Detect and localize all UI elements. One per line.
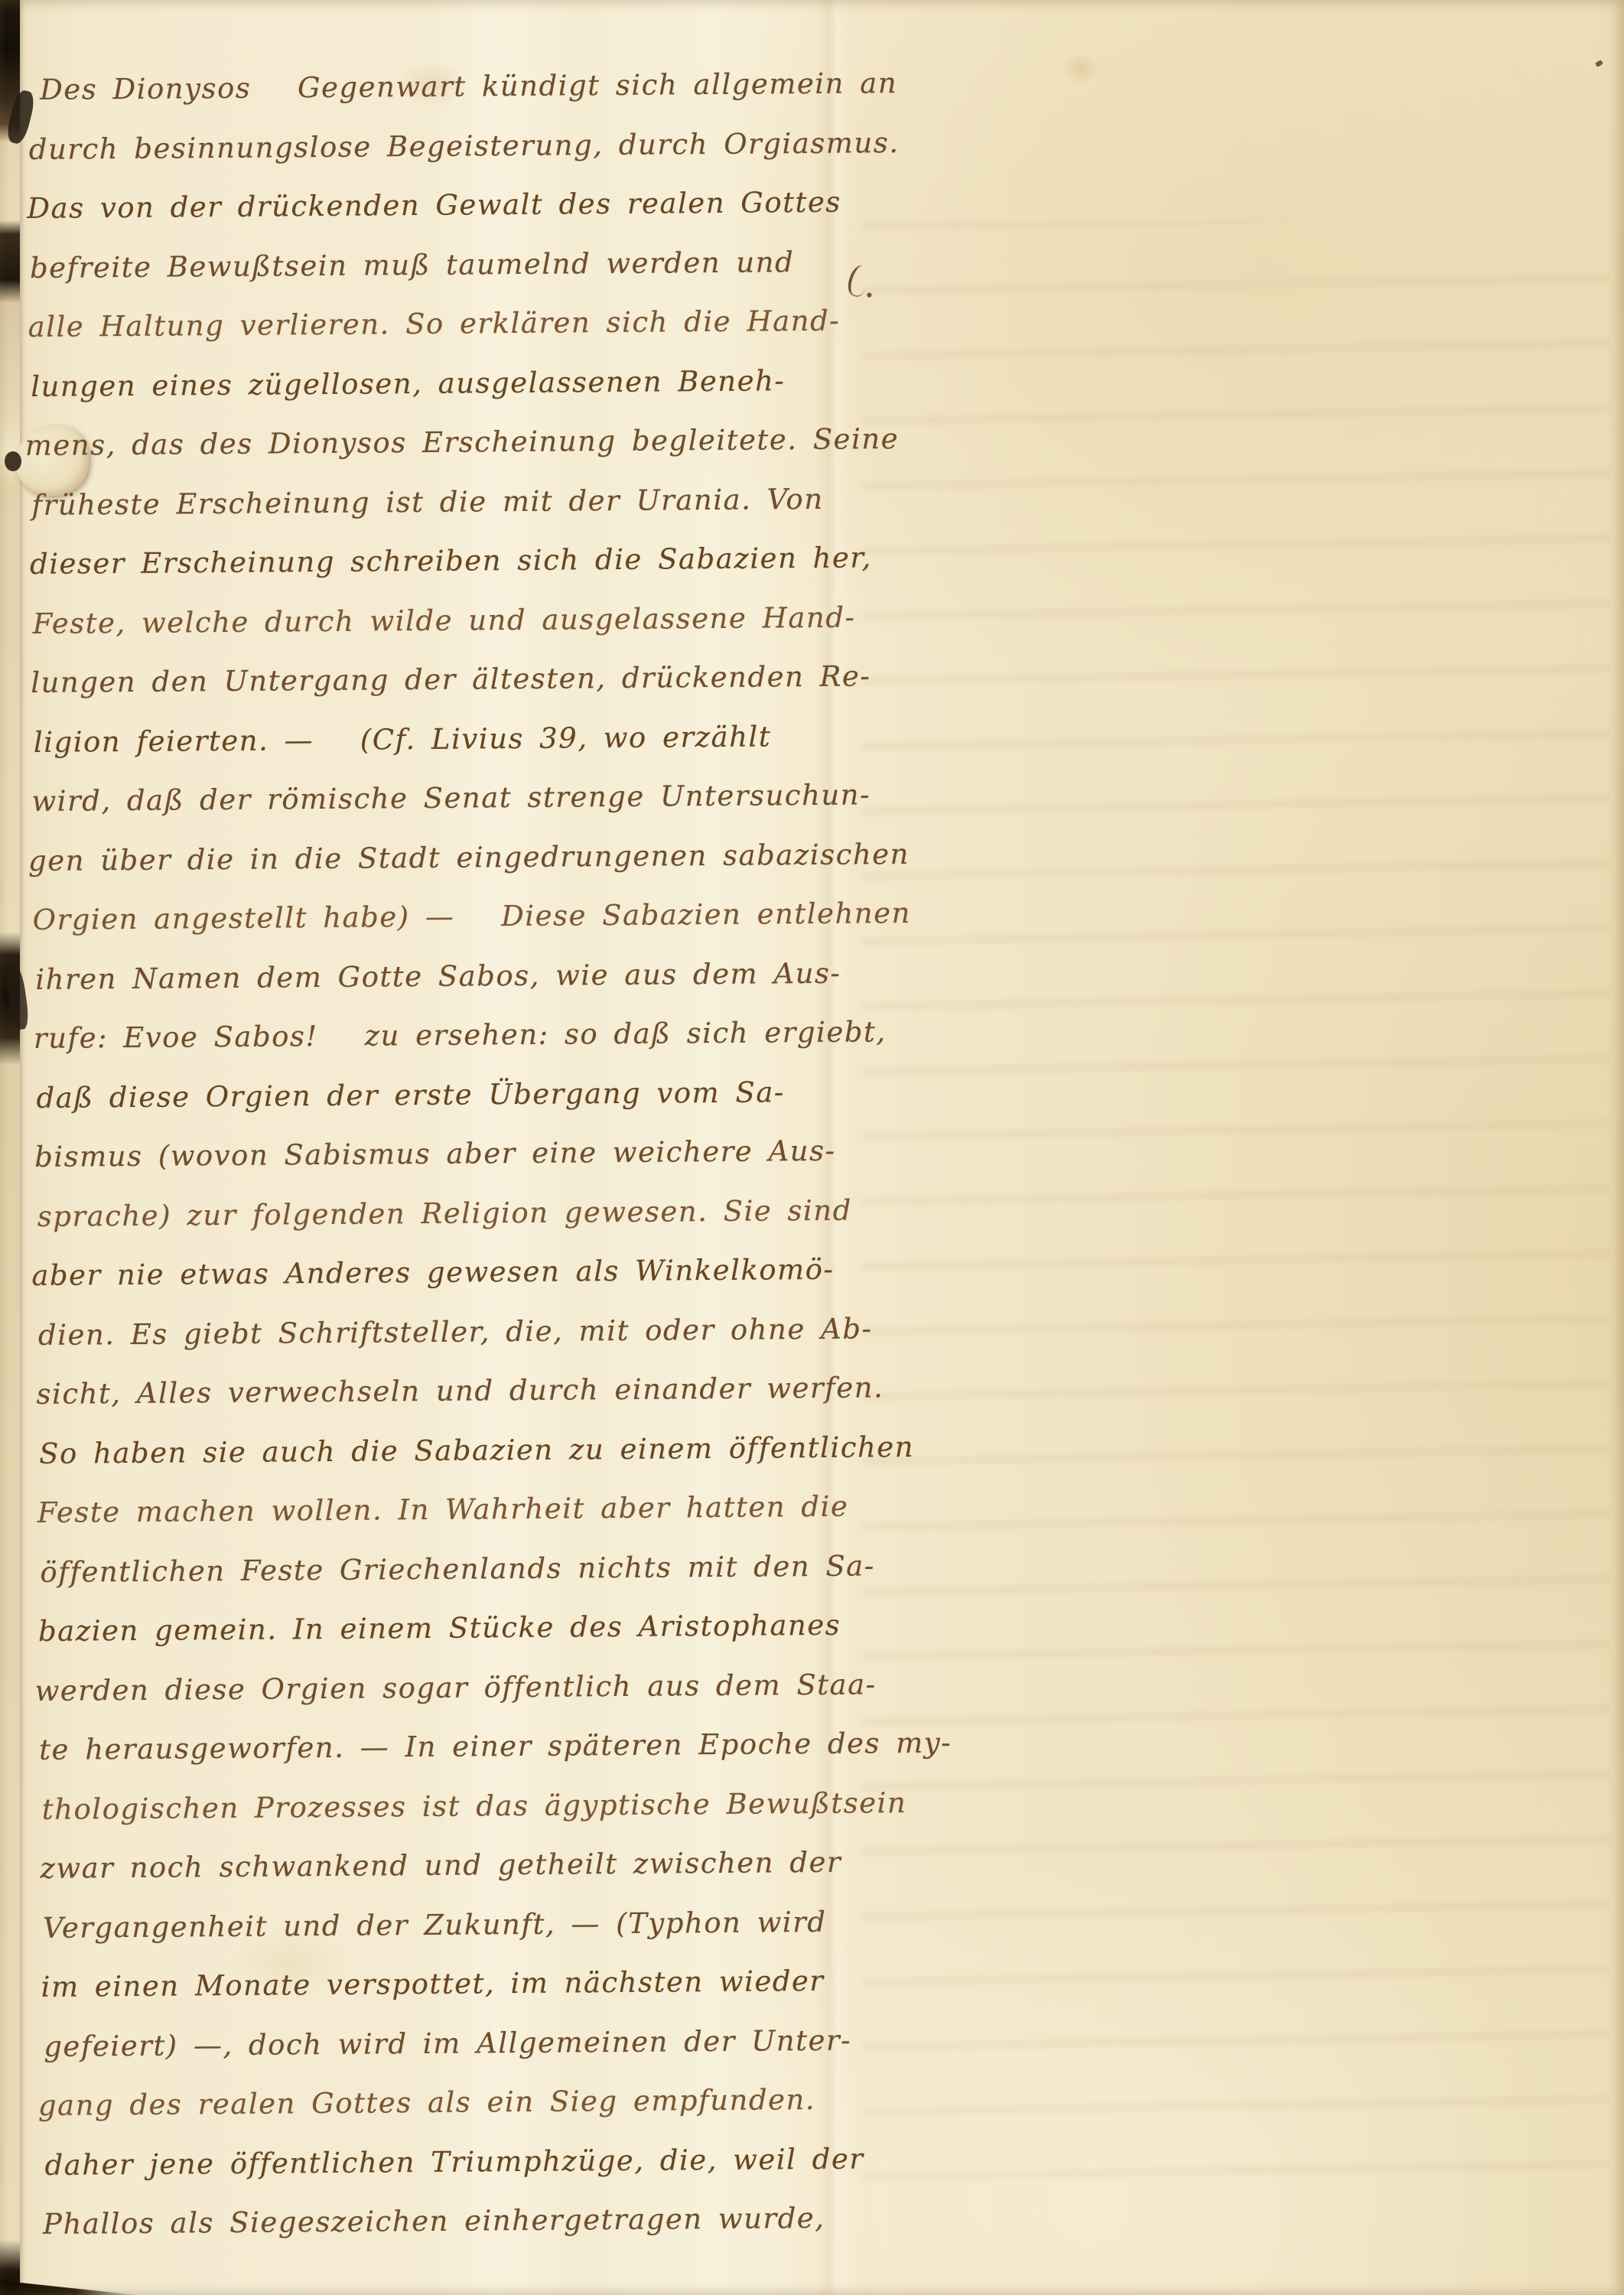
manuscript-line: öffentlichen Feste Griechenlands nichts … xyxy=(40,1549,872,1615)
manuscript-line: rufe: Evoe Sabos! zu ersehen: so daß sic… xyxy=(34,1015,868,1081)
manuscript-line: im einen Monate verspottet, im nächsten … xyxy=(41,1964,875,2030)
manuscript-page: Des Dionysos Gegenwart kündigt sich allg… xyxy=(0,0,1624,2295)
paper-stain xyxy=(1063,54,1098,84)
manuscript-line: gang des realen Gottes als ein Sieg empf… xyxy=(38,2082,877,2148)
manuscript-line: Das von der drückenden Gewalt des realen… xyxy=(27,185,861,251)
manuscript-line: So haben sie auch die Sabazien zu einem … xyxy=(39,1431,871,1496)
manuscript-line: gefeiert) —, doch wird im Allgemeinen de… xyxy=(44,2023,876,2089)
manuscript-line: Vergangenheit und der Zukunft, — (Typhon… xyxy=(43,1905,875,1971)
manuscript-line: früheste Erscheinung ist die mit der Ura… xyxy=(31,482,864,548)
manuscript-line: wird, daß der römische Senat strenge Unt… xyxy=(31,778,866,844)
manuscript-line: ihren Namen dem Gotte Sabos, wie aus dem… xyxy=(35,956,867,1022)
binding-edge xyxy=(0,0,20,2295)
manuscript-line: sprache) zur folgenden Religion gewesen.… xyxy=(37,1193,870,1259)
manuscript-line: ligion feierten. — (Cf. Livius 39, wo er… xyxy=(34,719,866,785)
manuscript-line: Feste machen wollen. In Wahrheit aber ha… xyxy=(37,1489,872,1555)
ink-speck xyxy=(1595,60,1603,67)
manuscript-line: Phallos als Siegeszeichen einhergetragen… xyxy=(43,2201,877,2267)
manuscript-line: Feste, welche durch wilde und ausgelasse… xyxy=(32,601,864,666)
manuscript-text: Des Dionysos Gegenwart kündigt sich allg… xyxy=(26,67,877,2267)
manuscript-line: sicht, Alles verwechseln und durch einan… xyxy=(36,1371,871,1437)
manuscript-line: werden diese Orgien sogar öffentlich aus… xyxy=(34,1668,873,1733)
manuscript-line: lungen den Untergang der ältesten, drück… xyxy=(31,659,865,725)
manuscript-line: zwar noch schwankend und getheilt zwisch… xyxy=(40,1845,874,1911)
manuscript-line: thologischen Prozesses ist das ägyptisch… xyxy=(42,1786,874,1852)
manuscript-line: alle Haltung verlieren. So erklären sich… xyxy=(28,304,862,369)
manuscript-line: aber nie etwas Anderes gewesen als Winke… xyxy=(31,1252,870,1318)
manuscript-line: daher jene öffentlichen Triumphzüge, die… xyxy=(44,2142,877,2208)
manuscript-line: daß diese Orgien der erste Übergang vom … xyxy=(36,1075,868,1141)
manuscript-line: bazien gemein. In einem Stücke des Arist… xyxy=(38,1608,873,1674)
manuscript-line: te herausgeworfen. — In einer späteren E… xyxy=(39,1727,874,1792)
manuscript-line: Des Dionysos Gegenwart kündigt sich allg… xyxy=(26,67,861,132)
manuscript-line: mens, das des Dionysos Erscheinung begle… xyxy=(25,422,864,488)
bottom-corner-shadow xyxy=(0,2274,138,2295)
manuscript-line: dieser Erscheinung schreiben sich die Sa… xyxy=(30,541,864,607)
manuscript-line: bismus (wovon Sabismus aber eine weicher… xyxy=(34,1134,869,1200)
manuscript-line: befreite Bewußtsein muß taumelnd werden … xyxy=(30,245,862,311)
show-through-text xyxy=(863,222,1609,2211)
manuscript-line: Orgien angestellt habe) — Diese Sabazien… xyxy=(33,897,867,962)
manuscript-line: dien. Es giebt Schriftsteller, die, mit … xyxy=(38,1312,871,1378)
manuscript-line: lungen eines zügellosen, ausgelassenen B… xyxy=(31,363,863,429)
manuscript-line: durch besinnungslose Begeisterung, durch… xyxy=(29,126,861,192)
manuscript-line: gen über die in die Stadt eingedrungenen… xyxy=(28,838,867,903)
